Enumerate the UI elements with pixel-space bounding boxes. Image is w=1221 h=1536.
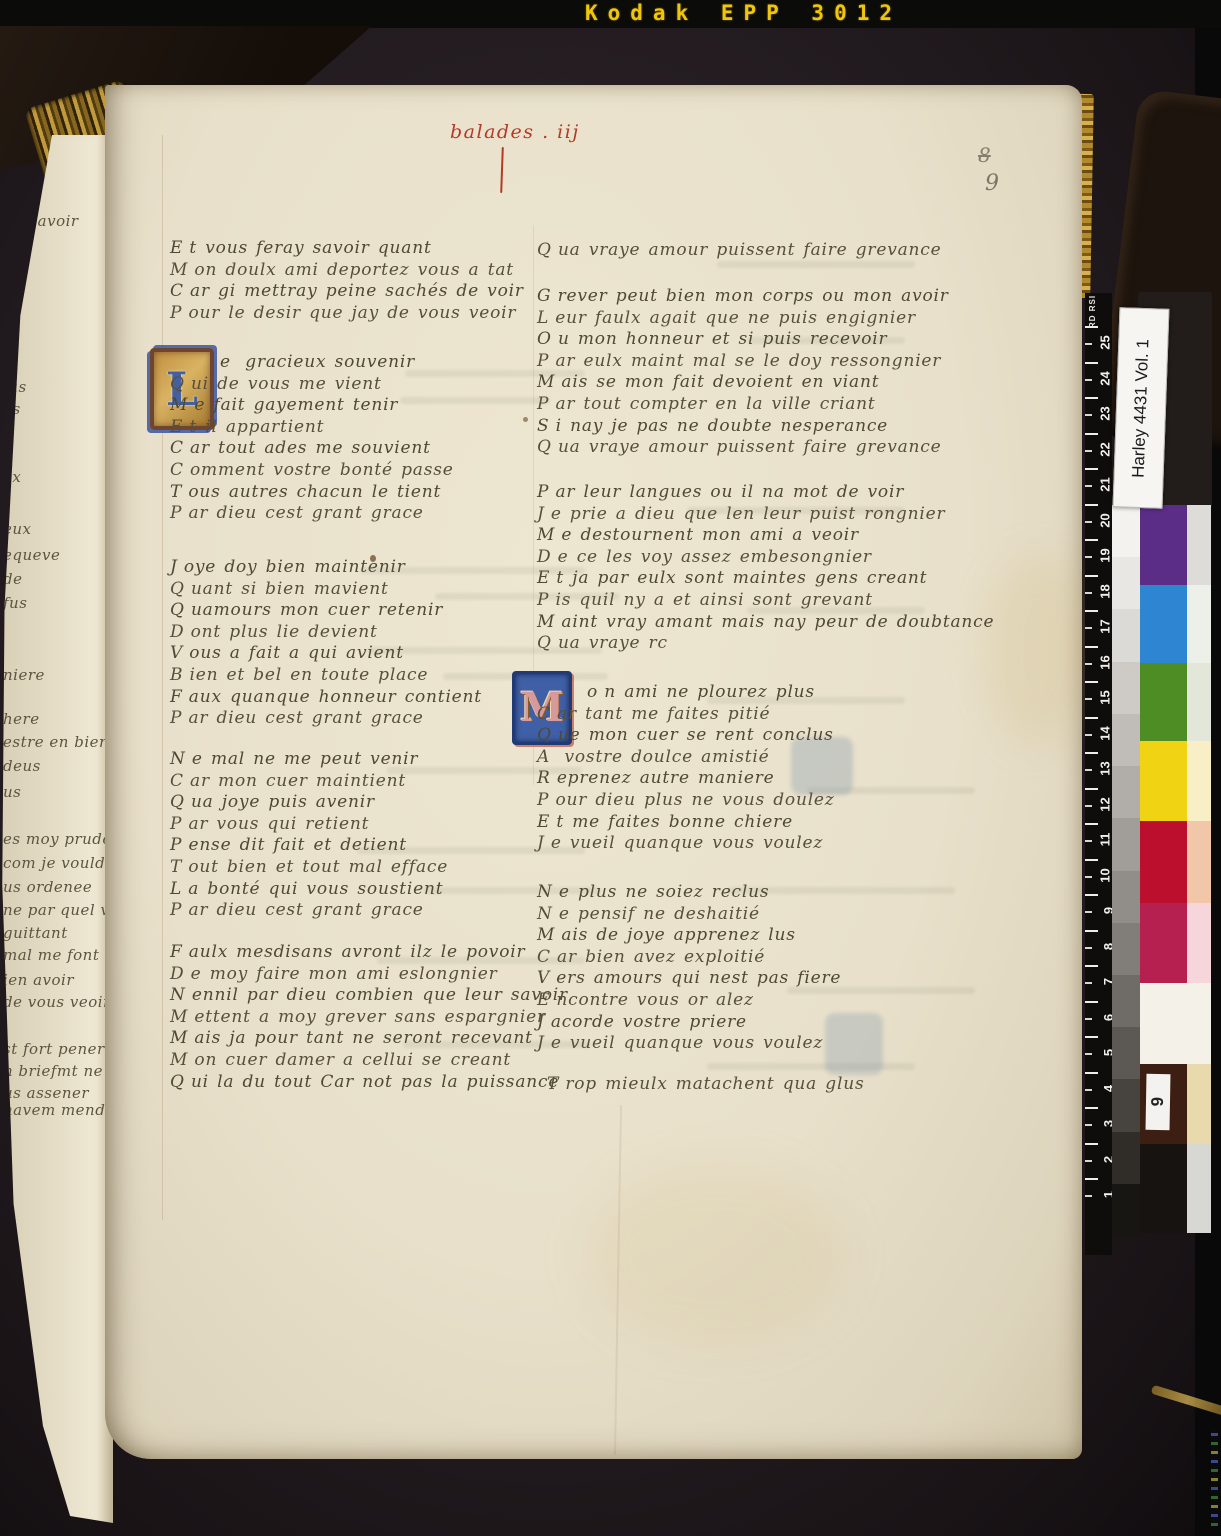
ruler-half-tick — [1085, 911, 1092, 913]
ruler-cell: 8 — [1085, 930, 1112, 966]
ruler-half-tick — [1085, 1089, 1092, 1091]
verse-line: Pis quil ny a et ainsi sont grevant — [537, 590, 994, 612]
ruler-number: 17 — [1097, 619, 1112, 633]
ruler-cell: 15 — [1085, 681, 1112, 717]
tint-patch — [1187, 821, 1211, 903]
poem-stanza: Faulx mesdisans avront ilz le povoirDe m… — [170, 942, 568, 1093]
ruler-cell: 3 — [1085, 1107, 1112, 1143]
verse-line: Vers amours qui nest pas fiere — [537, 968, 841, 990]
rubric-heading: balades . iij — [450, 121, 580, 143]
verse-line: Mon cuer damer a cellui se creant — [170, 1050, 568, 1072]
verse-line: Car mon cuer maintient — [170, 771, 448, 793]
ruler-number: 16 — [1097, 655, 1112, 669]
verse-line: Maint vray amant mais nay peur de doubta… — [537, 612, 994, 634]
verse-line: Faux quanque honneur contient — [170, 687, 482, 709]
poem-stanza: on ami ne plourez plusCar tant me faites… — [537, 682, 835, 855]
grayscale-step — [1112, 505, 1140, 557]
facing-page-text-fragment: st fort pener — [3, 1040, 105, 1058]
tint-patch — [1187, 505, 1211, 585]
ruler-cell: 11 — [1085, 823, 1112, 859]
ruler-half-tick — [1085, 521, 1092, 523]
photograph-frame: Kodak EPP 3012 let savoir lus as ex eux … — [0, 0, 1221, 1536]
ruler-number: 21 — [1097, 477, 1112, 491]
ruler-header: RD RSI — [1085, 293, 1112, 326]
color-patch — [1140, 903, 1187, 983]
ruler-cell: 19 — [1085, 539, 1112, 575]
verse-line: Car tant me faites pitié — [537, 704, 835, 726]
verse-line: Nennil par dieu combien que leur savoir — [170, 985, 568, 1007]
verse-line: De ce les voy assez embesongnier — [537, 547, 994, 569]
facing-page-text-fragment: ien avoir — [3, 971, 74, 989]
ruler-half-tick — [1085, 485, 1092, 487]
grayscale-step — [1112, 975, 1140, 1027]
grayscale-step — [1112, 766, 1140, 818]
ruler-half-tick — [1085, 556, 1092, 558]
ruler-number: 13 — [1097, 761, 1112, 775]
film-strip: Kodak EPP 3012 — [0, 0, 1221, 30]
verse-line: Vous a fait a qui avient — [170, 643, 482, 665]
ruler-tick — [1085, 1036, 1098, 1038]
verse-line: De moy faire mon ami eslongnier — [170, 964, 568, 986]
folio-number-label-text: 9 — [1148, 1097, 1168, 1107]
verse-line: Tout bien et tout mal efface — [170, 857, 448, 879]
ruler-half-tick — [1085, 1053, 1092, 1055]
verse-line: Et me faites bonne chiere — [537, 812, 835, 834]
verse-line: Dont plus lie devient — [170, 622, 482, 644]
verse-line: Me destournent mon ami a veoir — [537, 525, 994, 547]
grayscale-step — [1112, 871, 1140, 923]
poem-stanza: Ne plus ne soiez reclusNe pensif ne desh… — [537, 882, 841, 1055]
ruler-half-tick — [1085, 627, 1092, 629]
ruler-number: 12 — [1097, 797, 1112, 811]
color-patch — [1140, 821, 1187, 903]
grayscale-step — [1112, 1132, 1140, 1184]
verse-line: Je vueil quanque vous voulez — [537, 1033, 841, 1055]
refrain-line-block: Qua vraye amour puissent faire grevance — [537, 240, 941, 262]
parchment-stain — [985, 555, 1095, 745]
ruler-cell: 23 — [1085, 397, 1112, 433]
ruler-cell: 4 — [1085, 1072, 1112, 1108]
ruler-half-tick — [1085, 805, 1092, 807]
verse-line: Par dieu cest grant grace — [170, 708, 482, 730]
ruler-cell: 21 — [1085, 468, 1112, 504]
ruler-cell: 12 — [1085, 788, 1112, 824]
verse-line: on ami ne plourez plus — [587, 682, 835, 704]
ruler-half-tick — [1085, 840, 1092, 842]
grayscale-step — [1112, 1184, 1140, 1236]
verse-line: Qua vraye amour puissent faire grevance — [537, 437, 949, 459]
ruler-tick — [1085, 433, 1098, 435]
ruler-half-tick — [1085, 414, 1092, 416]
verse-line: Par dieu cest grant grace — [170, 503, 454, 525]
ruler-tick — [1085, 504, 1098, 506]
ruler-tick — [1085, 1072, 1098, 1074]
ruler-tick — [1085, 930, 1098, 932]
verse-line: La bonté qui vous soustient — [170, 879, 448, 901]
ruler-cell: 24 — [1085, 362, 1112, 398]
verse-line: Qui de vous me vient — [170, 374, 454, 396]
tint-patch — [1187, 1144, 1211, 1233]
ruler-half-tick — [1085, 769, 1092, 771]
ruler-tick — [1085, 1001, 1098, 1003]
folio-number-struck: 8 — [978, 143, 991, 167]
grayscale-column — [1112, 505, 1140, 1236]
verse-line: Jacorde vostre priere — [537, 1012, 841, 1034]
ruler-number: 11 — [1098, 833, 1113, 847]
verse-line: Par tout compter en la ville criant — [537, 394, 949, 416]
verse-line: Qui la du tout Car not pas la puissance — [170, 1072, 568, 1094]
verse-line: Tous autres chacun le tient — [170, 482, 454, 504]
ruler-number: 24 — [1097, 371, 1112, 385]
ruler-number: 10 — [1097, 868, 1112, 882]
tint-patch — [1187, 585, 1211, 663]
verse-line: Qua vraye amour puissent faire grevance — [537, 240, 941, 262]
ruler-cell: 13 — [1085, 752, 1112, 788]
ruler-tick — [1085, 326, 1098, 328]
tint-patch — [1187, 663, 1211, 741]
facing-page-text-fragment: de vous veoir — [3, 993, 111, 1011]
manuscript-page: balades . iij 8 9 Et vous feray savoir q… — [105, 85, 1082, 1459]
verse-line: Mon doulx ami deportez vous a tat — [170, 260, 524, 282]
facing-page-text-fragment: here — [3, 710, 40, 728]
ruler-number: 15 — [1097, 690, 1112, 704]
grayscale-step — [1112, 923, 1140, 975]
ruler-half-tick — [1085, 982, 1092, 984]
facing-page-text-fragment: deus — [3, 757, 41, 775]
ruler-tick — [1085, 1143, 1098, 1145]
color-patch — [1140, 983, 1187, 1064]
color-patch — [1140, 505, 1187, 585]
verse-line: A vostre doulce amistié — [537, 747, 835, 769]
verse-line: Par eulx maint mal se le doy ressongnier — [537, 351, 949, 373]
verse-line: Trop mieulx matachent qua glus — [547, 1074, 864, 1096]
grayscale-step — [1112, 714, 1140, 766]
tint-patch — [1187, 983, 1211, 1064]
verse-line: Bien et bel en toute place — [170, 665, 482, 687]
verse-line: Par leur langues ou il na mot de voir — [537, 482, 994, 504]
ruler-cell: 20 — [1085, 504, 1112, 540]
verse-line: Joye doy bien maintenir — [170, 557, 482, 579]
shelfmark-text: Harley 4431 Vol. 1 — [1129, 338, 1154, 478]
verse-line: Pour le desir que jay de vous veoir — [170, 303, 524, 325]
ruler-header-text: RD RSI — [1088, 295, 1097, 328]
verse-line: Et vous feray savoir quant — [170, 238, 524, 260]
verse-line: Faulx mesdisans avront ilz le povoir — [170, 942, 568, 964]
poem-stanza: e gracieux souvenirQui de vous me vientM… — [170, 352, 454, 525]
verse-line: Que mon cuer se rent conclus — [537, 725, 835, 747]
ruler-half-tick — [1085, 876, 1092, 878]
ruler-cell: 5 — [1085, 1036, 1112, 1072]
ruler-cell: 25 — [1085, 326, 1112, 362]
verse-line: Leur faulx agait que ne puis engignier — [537, 308, 949, 330]
ruler-tick — [1085, 788, 1098, 790]
verse-line: Quant si bien mavient — [170, 579, 482, 601]
ruler-cell: 10 — [1085, 859, 1112, 895]
ruler-scale: 25 24 23 22 — [1085, 326, 1112, 1214]
ruler-tick — [1085, 681, 1098, 683]
ruler-cell: 2 — [1085, 1143, 1112, 1179]
facing-page-text-fragment: fus — [3, 594, 27, 612]
color-patch — [1140, 585, 1187, 663]
bleed-through — [717, 261, 915, 268]
parchment-stain — [585, 1165, 845, 1345]
verse-line: Et ja par eulx sont maintes gens creant — [537, 568, 994, 590]
color-patch — [1140, 663, 1187, 741]
film-edge-marks — [1211, 1430, 1218, 1526]
verse-line: Ne mal ne me peut venir — [170, 749, 448, 771]
poem-stanza: Grever peut bien mon corps ou mon avoirL… — [537, 286, 949, 459]
poem-stanza: Joye doy bien maintenirQuant si bien mav… — [170, 557, 482, 730]
ruler-cell: 18 — [1085, 575, 1112, 611]
ruler-tick — [1085, 965, 1098, 967]
verse-line: Car tout ades me souvient — [170, 438, 454, 460]
ruler-half-tick — [1085, 734, 1092, 736]
ruler-half-tick — [1085, 592, 1092, 594]
ruler-tick — [1085, 823, 1098, 825]
ruling-line — [162, 135, 163, 1220]
verse-line: Mais de joye apprenez lus — [537, 925, 841, 947]
verse-line: Comment vostre bonté passe — [170, 460, 454, 482]
closing-line-block: Trop mieulx matachent qua glus — [547, 1074, 864, 1096]
tint-patch-column — [1187, 505, 1211, 1233]
verse-line: Car bien avez exploitié — [537, 947, 841, 969]
verse-line: Me fait gayement tenir — [170, 395, 454, 417]
facing-page-text-fragment: us ordenee — [3, 878, 92, 896]
verse-line: Ou mon honneur et si puis recevoir — [537, 329, 949, 351]
verse-line: Si nay je pas ne doubte nesperance — [537, 416, 949, 438]
ruler-cell: 17 — [1085, 610, 1112, 646]
ruler-tick — [1085, 717, 1098, 719]
ruler-cell: 1 — [1085, 1178, 1112, 1214]
verse-line: Quamours mon cuer retenir — [170, 600, 482, 622]
verse-line: Reprenez autre maniere — [537, 768, 835, 790]
verse-line: Qua vraye rc — [537, 633, 994, 655]
calibration-ruler: RD RSI 25 24 23 — [1085, 293, 1112, 1255]
ruler-half-tick — [1085, 1018, 1092, 1020]
verse-line: Pour dieu plus ne vous doulez — [537, 790, 835, 812]
facing-page-text-fragment: us — [3, 783, 21, 801]
verse-line: Mais se mon fait devoient en viant — [537, 372, 949, 394]
color-patch — [1140, 1144, 1187, 1233]
verse-line: Grever peut bien mon corps ou mon avoir — [537, 286, 949, 308]
verse-line: Qua joye puis avenir — [170, 792, 448, 814]
grayscale-step — [1112, 557, 1140, 609]
grayscale-step — [1112, 1079, 1140, 1131]
ruler-number: 22 — [1097, 442, 1112, 456]
ruler-cell: 14 — [1085, 717, 1112, 753]
ruler-cell: 7 — [1085, 965, 1112, 1001]
facing-page-text-fragment: guittant — [3, 924, 68, 942]
ruler-half-tick — [1085, 450, 1092, 452]
ruler-tick — [1085, 575, 1098, 577]
ruler-number: 19 — [1097, 548, 1112, 562]
ruler-tick — [1085, 362, 1098, 364]
ruler-half-tick — [1085, 1124, 1092, 1126]
ruler-cell: 16 — [1085, 646, 1112, 682]
ruler-cell: 9 — [1085, 894, 1112, 930]
ruler-number: 18 — [1097, 584, 1112, 598]
ruler-number: 23 — [1097, 406, 1112, 420]
verse-line: Par vous qui retient — [170, 814, 448, 836]
ruler-cell: 6 — [1085, 1001, 1112, 1037]
ruler-half-tick — [1085, 698, 1092, 700]
grayscale-step — [1112, 818, 1140, 870]
facing-page-text-fragment: estre en biere — [3, 733, 116, 751]
poem-stanza: Par leur langues ou il na mot de voirJe … — [537, 482, 994, 655]
ink-spot — [523, 417, 528, 422]
verse-line: Ne pensif ne deshaitié — [537, 904, 841, 926]
ruler-number: 25 — [1097, 335, 1112, 349]
verse-line: Encontre vous or alez — [537, 990, 841, 1012]
rubric-flourish — [500, 147, 504, 193]
color-patch — [1140, 741, 1187, 821]
shelfmark-label: Harley 4431 Vol. 1 — [1113, 307, 1170, 509]
ruler-number: 20 — [1097, 513, 1112, 527]
folio-number-label: 9 — [1146, 1074, 1171, 1130]
film-stock-label: Kodak EPP 3012 — [585, 1, 902, 25]
ruler-half-tick — [1085, 663, 1092, 665]
verse-line: Mais ja pour tant ne seront recevant — [170, 1028, 568, 1050]
verse-line: Je vueil quanque vous voulez — [537, 833, 835, 855]
ruler-tick — [1085, 610, 1098, 612]
verse-line: Par dieu cest grant grace — [170, 900, 448, 922]
facing-page-text-fragment: niere — [3, 666, 45, 684]
verse-line: Pense dit fait et detient — [170, 835, 448, 857]
ruler-half-tick — [1085, 947, 1092, 949]
verse-line: Mettent a moy grever sans espargnier — [170, 1007, 568, 1029]
ruler-tick — [1085, 1178, 1098, 1180]
ruler-tick — [1085, 1107, 1098, 1109]
ruler-tick — [1085, 539, 1098, 541]
tint-patch — [1187, 903, 1211, 983]
grayscale-step — [1112, 609, 1140, 661]
poem-stanza: Ne mal ne me peut venirCar mon cuer main… — [170, 749, 448, 922]
verse-line: Car gi mettray peine sachés de voir — [170, 281, 524, 303]
verse-line: e gracieux souvenir — [220, 352, 454, 374]
grayscale-step — [1112, 662, 1140, 714]
facing-page-text-fragment: equeve — [3, 546, 60, 564]
facing-page-text-fragment: us assener — [3, 1084, 89, 1102]
ruler-half-tick — [1085, 1195, 1092, 1197]
poem-stanza: Et vous feray savoir quantMon doulx ami … — [170, 238, 524, 324]
verse-line: Je prie a dieu que len leur puist rongni… — [537, 504, 994, 526]
ruler-tick — [1085, 859, 1098, 861]
ruler-half-tick — [1085, 343, 1092, 345]
verse-line: Ne plus ne soiez reclus — [537, 882, 841, 904]
ruler-number: 14 — [1097, 726, 1112, 740]
ruler-half-tick — [1085, 379, 1092, 381]
verse-line: Et il appartient — [170, 417, 454, 439]
grayscale-step — [1112, 1027, 1140, 1079]
ruler-tick — [1085, 894, 1098, 896]
ruler-tick — [1085, 468, 1098, 470]
ruler-tick — [1085, 752, 1098, 754]
ruler-tick — [1085, 397, 1098, 399]
tint-patch — [1187, 1064, 1211, 1144]
folio-number: 9 — [985, 171, 999, 196]
tint-patch — [1187, 741, 1211, 821]
ruler-tick — [1085, 646, 1098, 648]
bleed-through — [707, 1063, 915, 1070]
ruler-half-tick — [1085, 1160, 1092, 1162]
ruler-cell: 22 — [1085, 433, 1112, 469]
